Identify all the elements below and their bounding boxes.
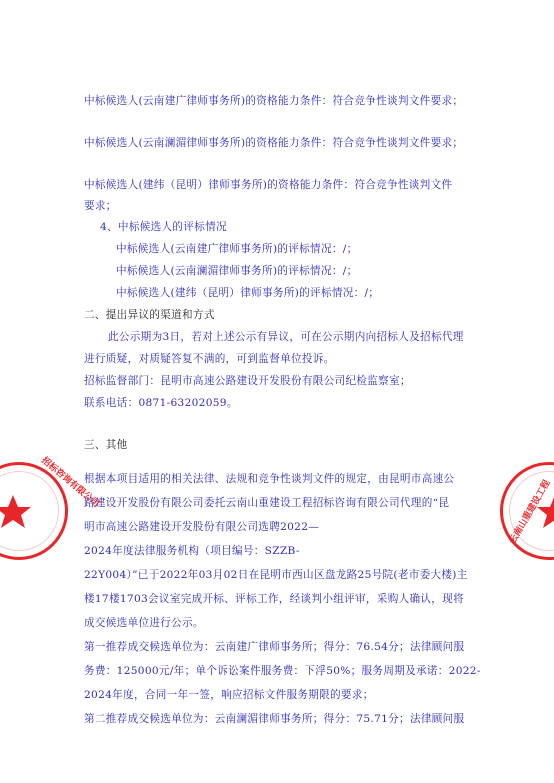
first-candidate-line-2: 务费：125000元/年；单个诉讼案件服务费：下浮50%；服务周期及承诺：202… — [84, 664, 481, 678]
objection-para-line-2: 进行质疑，对质疑答复不满的，可到监督单位投诉。 — [84, 352, 335, 366]
other-line-7: 成交候选单位进行公示。 — [84, 616, 204, 630]
first-candidate-line-1: 第一推荐成交候选单位为：云南建广律师事务所；得分：76.54分；法律顾问服 — [84, 640, 464, 654]
other-line-6: 楼17楼1703会议室完成开标、评标工作，经谈判小组评审，采购人确认，现将 — [84, 592, 464, 606]
other-line-5: 22Y004）”已于2022年03月02日在昆明市西山区盘龙路25号院(老市委大… — [84, 568, 468, 582]
contact-phone: 联系电话：0871-63202059。 — [84, 396, 238, 410]
evaluation-item-1: 中标候选人(云南建广律师事务所)的评标情况：/； — [116, 242, 358, 256]
company-seal-left: 招标咨询有限公司 — [0, 462, 68, 560]
other-line-2: 路建设开发股份有限公司委托云南山重建设工程招标咨询有限公司代理的“昆 — [84, 496, 449, 510]
star-icon — [0, 465, 65, 557]
evaluation-item-2: 中标候选人(云南澜湄律师事务所)的评标情况：/； — [116, 264, 358, 278]
other-line-4: 2024年度法律服务机构（项目编号：SZZB- — [84, 544, 300, 558]
qualification-line-3-cont: 要求； — [84, 199, 117, 213]
section3-heading: 三、其他 — [84, 438, 128, 452]
section4-heading: 4、中标候选人的评标情况 — [100, 220, 227, 234]
evaluation-item-3: 中标候选人(建纬（昆明）律师事务所)的评标情况：/； — [116, 286, 379, 300]
qualification-line-1: 中标候选人(云南建广律师事务所)的资格能力条件：符合竞争性谈判文件要求； — [84, 94, 463, 108]
other-line-3: 明市高速公路建设开发股份有限公司选聘2022— — [84, 520, 319, 534]
first-candidate-line-3: 2024年度，合同一年一签，响应招标文件服务期限的要求； — [84, 688, 374, 702]
objection-para-line-1: 此公示期为3日，若对上述公示有异议，可在公示期内向招标人及招标代理 — [108, 330, 464, 344]
section2-heading: 二、提出异议的渠道和方式 — [84, 308, 215, 322]
second-candidate-line-1: 第二推荐成交候选单位为：云南澜湄律师事务所；得分：75.71分；法律顾问服 — [84, 712, 464, 726]
other-line-1: 根据本项目适用的相关法律、法规和竞争性谈判文件的规定，由昆明市高速公 — [84, 472, 454, 486]
qualification-line-3: 中标候选人(建纬（昆明）律师事务所)的资格能力条件：符合竞争性谈判文件 — [84, 178, 452, 192]
document-page: 中标候选人(云南建广律师事务所)的资格能力条件：符合竞争性谈判文件要求； 中标候… — [0, 0, 554, 783]
company-seal-right: 云南山重建设工程 — [500, 462, 554, 560]
supervisor-dept: 招标监督部门：昆明市高速公路建设开发股份有限公司纪检监察室； — [84, 374, 411, 388]
qualification-line-2: 中标候选人(云南澜湄律师事务所)的资格能力条件：符合竞争性谈判文件要求； — [84, 136, 463, 150]
